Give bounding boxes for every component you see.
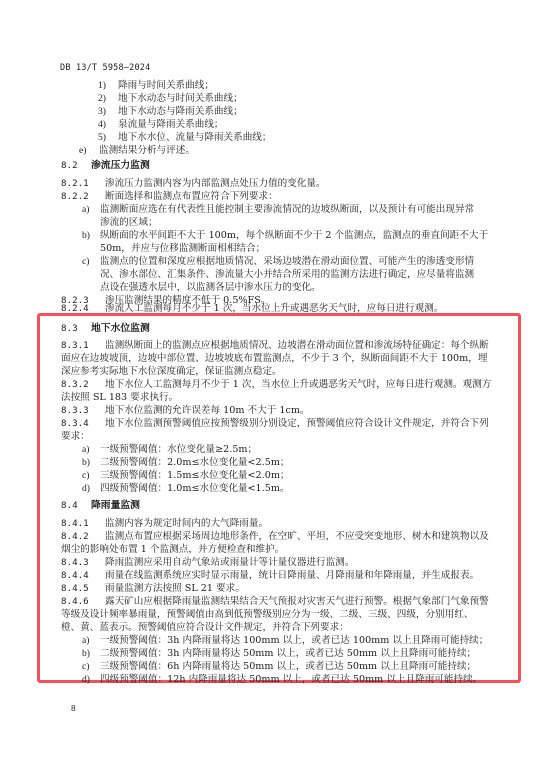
clause-8-4-6: 8.4.6露天矿山应根据降雨量监测结果结合天气预报对灾害天气进行预警。根据气象部… [61,595,489,608]
list-item: 3)地下水动态与降雨关系曲线； [98,105,243,118]
threshold-item: a)一级预警阈值：3h 内降雨量将达 100mm 以上，或者已达 100mm 以… [82,634,488,647]
threshold-item: c)三级预警阈值：6h 内降雨量将达 50mm 以上，或者已达 50mm 以上且… [82,660,476,673]
clause-continuation: 烟尘的影响处布置 1 个监测点，并方便检查和维护。 [61,543,284,556]
list-item-continuation: 况、渗水部位、汇集条件、渗流量大小并结合所采用的监测方法进行确定，应尽量将监测 [100,268,474,281]
clause-8-2-1: 8.2.1渗流压力监测内容为内部监测点处压力值的变化量。 [61,177,326,190]
clause-8-3-3: 8.3.3地下水位监测的允许误差每 10m 不大于 1cm。 [61,404,310,417]
clause-continuation: 法按照 SL 183 要求执行。 [61,391,178,404]
list-item: 4)泉流量与降雨关系曲线； [98,118,224,131]
list-item-continuation: 50m，并应与位移监测断面相相结合； [100,242,265,255]
threshold-item: a)一级预警阈值：水位变化量≥2.5m； [82,443,257,456]
section-heading-8-4: 8.4降雨量监测 [61,499,140,512]
list-item: c)监测点的位置和深度应根据地质情况、采场边坡潜在滑动面位置、可能产生的渗透变形… [82,255,474,268]
list-item: b)纵断面的水平间距不大于 100m，每个纵断面不少于 2 个监测点，监测点的垂… [82,229,488,242]
clause-continuation: 橙、黄、蓝表示。预警阈值应符合设计文件规定，并符合下列要求： [61,621,349,634]
clause-8-2-2: 8.2.2断面选择和监测点布置应符合下列要求： [61,190,278,203]
document-header: DB 13/T 5958—2024 [60,63,150,73]
list-item: e)监测结果分析与评述。 [79,144,195,157]
threshold-item: b)二级预警阈值：2.0m≤水位变化量<2.5m； [82,456,290,469]
threshold-item: c)三级预警阈值：1.5m≤水位变化量<2.0m； [82,469,290,482]
clause-8-4-2: 8.4.2监测点布置应根据采场周边地形条件，在空旷、平坦，不应受突变地形、树木和… [61,530,489,543]
clause-continuation: 要求： [61,430,90,443]
clause-continuation: 等级及设计频率暴雨量，预警阈值由高到低预警级别应分为一级、二级、三级、四级，分别… [61,608,474,621]
section-heading-8-3: 8.3地下水位监测 [61,322,150,335]
threshold-item: b)二级预警阈值：3h 内降雨量将达 50mm 以上，或者已达 50mm 以上且… [82,647,476,660]
clause-8-3-4: 8.3.4地下水位监测预警阈值应按预警级别分别设定，预警阈值应符合设计文件规定，… [61,417,489,430]
clause-8-4-1: 8.4.1监测内容为规定时间内的大气降雨量。 [61,517,268,530]
clause-continuation: 深应参考实际地下水位深度确定，保证监测点稳定。 [61,365,282,378]
clause-8-4-5: 8.4.5雨量监测方法按照 SL 21 要求。 [61,582,245,595]
clause-8-4-3: 8.4.3降雨监测应采用自动气象站或雨量计等计量仪器进行监测。 [61,556,354,569]
threshold-item: d)四级预警阈值：1.0m≤水位变化量<1.5m。 [82,482,290,495]
clause-8-4-4: 8.4.4雨量在线监测系统应实时显示雨量，统计日降雨量、月降雨量和年降雨量，并生… [61,569,479,582]
clause-8-3-2: 8.3.2地下水位人工监测每月不少于 1 次，当水位上升或遇恶劣天气时，应每日进… [61,378,491,391]
list-item: 2)地下水动态与时间关系曲线； [98,92,243,105]
list-item: 1)降雨与时间关系曲线； [98,79,214,92]
list-item-continuation: 渗流的区域； [100,216,158,229]
clause-continuation: 面应在边坡坡顶，边坡中部位置、边坡坡底布置监测点，不少于 3 个，纵断面间距不大… [61,352,487,365]
section-heading-8-2: 8.2渗流压力监测 [61,159,150,172]
list-item-continuation: 点设在强透水层中，以监测各层中渗水压力的变化。 [100,281,321,294]
clause-8-3-1: 8.3.1监测纵断面上的监测点应根据地质情况、边坡潜在滑动面位置和渗流场特征确定… [61,339,489,352]
page-number: 8 [71,703,76,713]
threshold-item: d)四级预警阈值：12h 内降雨量将达 50mm 以上，或者已达 50mm 以上… [82,673,482,686]
list-item: a)监测断面应选在有代表性且能控制主要渗流情况的边坡纵断面，以及预计有可能出现异… [82,203,474,216]
list-item: 5)地下水水位、流量与降雨关系曲线； [98,131,272,144]
document-page: DB 13/T 5958—2024 1)降雨与时间关系曲线； 2)地下水动态与时… [0,0,539,759]
